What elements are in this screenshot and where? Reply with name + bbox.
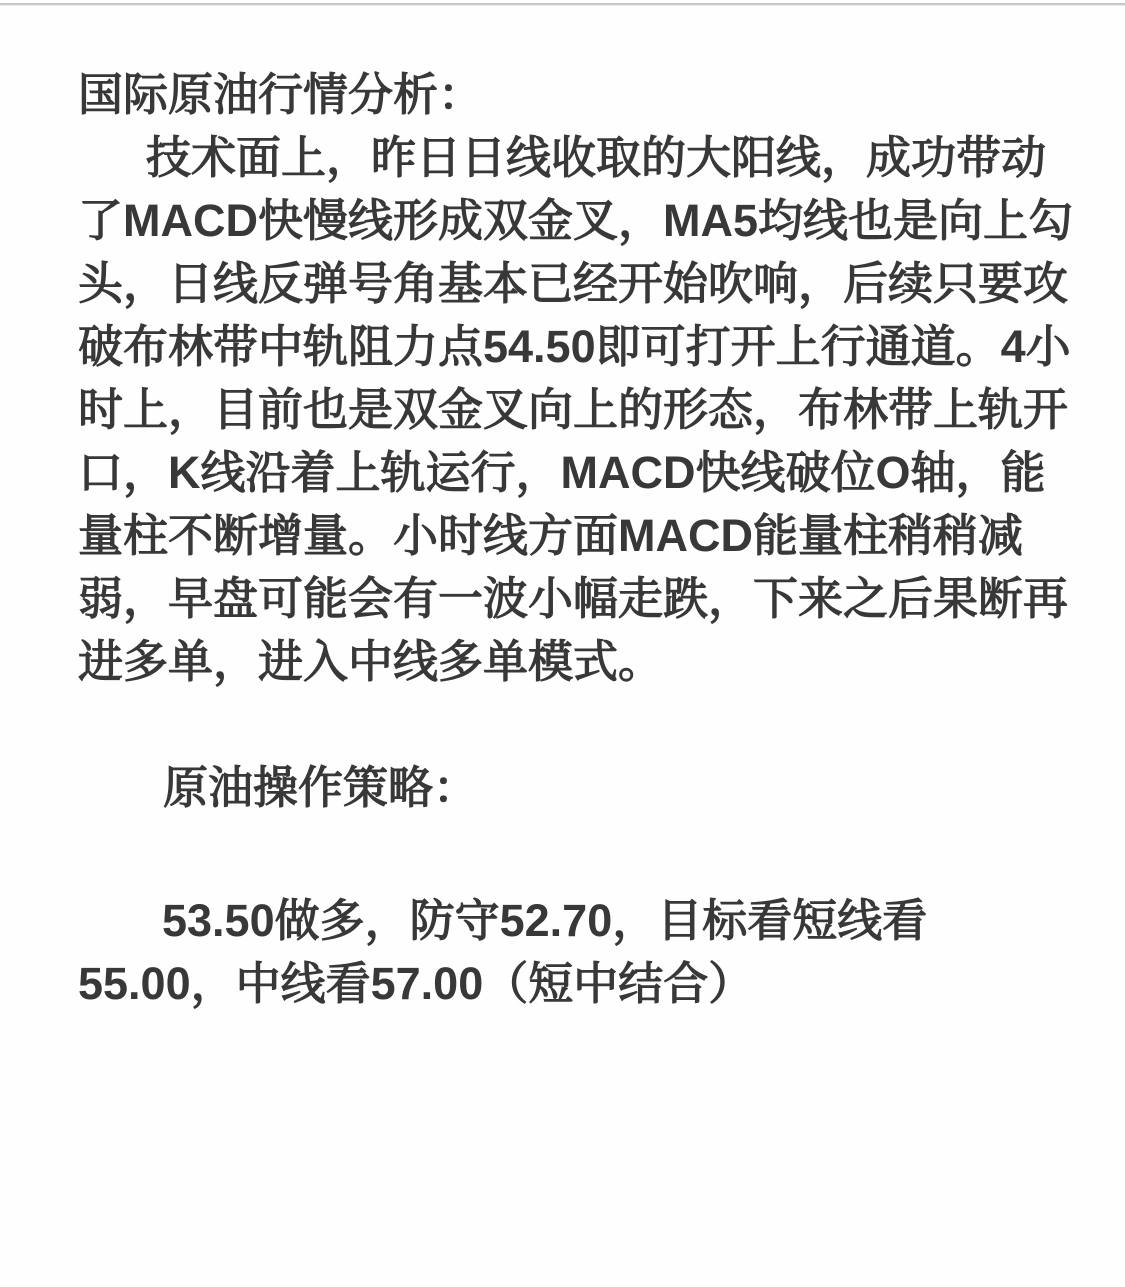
analysis-line: 了MACD快慢线形成双金叉，MA5均线也是向上勾 xyxy=(78,189,1088,252)
strategy-line: 55.00，中线看57.00（短中结合） xyxy=(78,952,1088,1015)
analysis-line: 量柱不断增量。小时线方面MACD能量柱稍稍减 xyxy=(78,504,1088,567)
top-divider xyxy=(0,3,1125,6)
analysis-line: 技术面上，昨日日线收取的大阳线，成功带动 xyxy=(78,126,1088,189)
analysis-line: 破布林带中轨阻力点54.50即可打开上行通道。4小 xyxy=(78,315,1088,378)
strategy-paragraph: 53.50做多，防守52.70，目标看短线看 55.00，中线看57.00（短中… xyxy=(78,889,1088,1015)
analysis-line: 时上，目前也是双金叉向上的形态，布林带上轨开 xyxy=(78,378,1088,441)
analysis-line: 头，日线反弹号角基本已经开始吹响，后续只要攻 xyxy=(78,252,1088,315)
strategy-line: 53.50做多，防守52.70，目标看短线看 xyxy=(78,889,1088,952)
strategy-heading: 原油操作策略： xyxy=(78,756,1088,819)
analysis-paragraph: 技术面上，昨日日线收取的大阳线，成功带动 了MACD快慢线形成双金叉，MA5均线… xyxy=(78,126,1088,693)
analysis-line: 弱，早盘可能会有一波小幅走跌，下来之后果断再 xyxy=(78,567,1088,630)
analysis-title: 国际原油行情分析： xyxy=(78,63,1088,126)
analysis-line: 口，K线沿着上轨运行，MACD快线破位O轴，能 xyxy=(78,441,1088,504)
analysis-line: 进多单，进入中线多单模式。 xyxy=(78,630,1088,693)
article-body: 国际原油行情分析： 技术面上，昨日日线收取的大阳线，成功带动 了MACD快慢线形… xyxy=(78,63,1088,1015)
